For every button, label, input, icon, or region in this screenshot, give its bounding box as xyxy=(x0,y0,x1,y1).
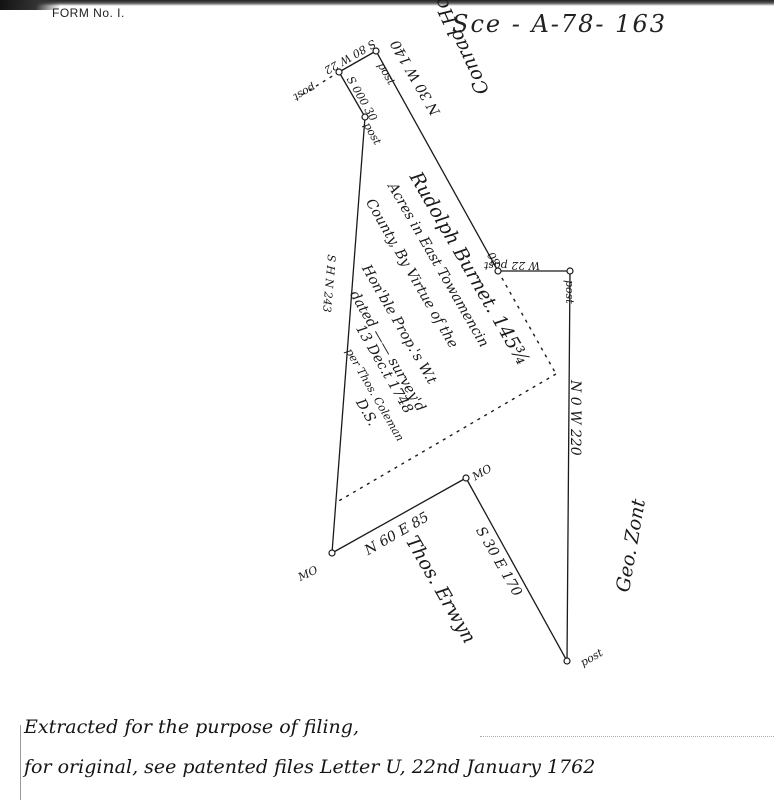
margin-rule xyxy=(20,725,21,800)
vertex-marker xyxy=(463,475,469,481)
course-label-east-short: W 22 post xyxy=(484,259,540,272)
boundary-line-east xyxy=(567,271,570,661)
post-label-east: post xyxy=(563,280,576,304)
dotted-fill-line xyxy=(480,736,774,737)
vertex-marker xyxy=(329,550,335,556)
course-label-east: N 0 W 220 xyxy=(567,380,583,456)
footer-note-line-2: for original, see patented files Letter … xyxy=(24,756,595,778)
vertex-marker xyxy=(564,658,570,664)
vertex-marker xyxy=(567,268,573,274)
footer-note-line-1: Extracted for the purpose of filing, xyxy=(24,716,359,738)
survey-plat-drawing xyxy=(0,0,774,800)
boundary-line-bottom-right xyxy=(466,478,567,661)
